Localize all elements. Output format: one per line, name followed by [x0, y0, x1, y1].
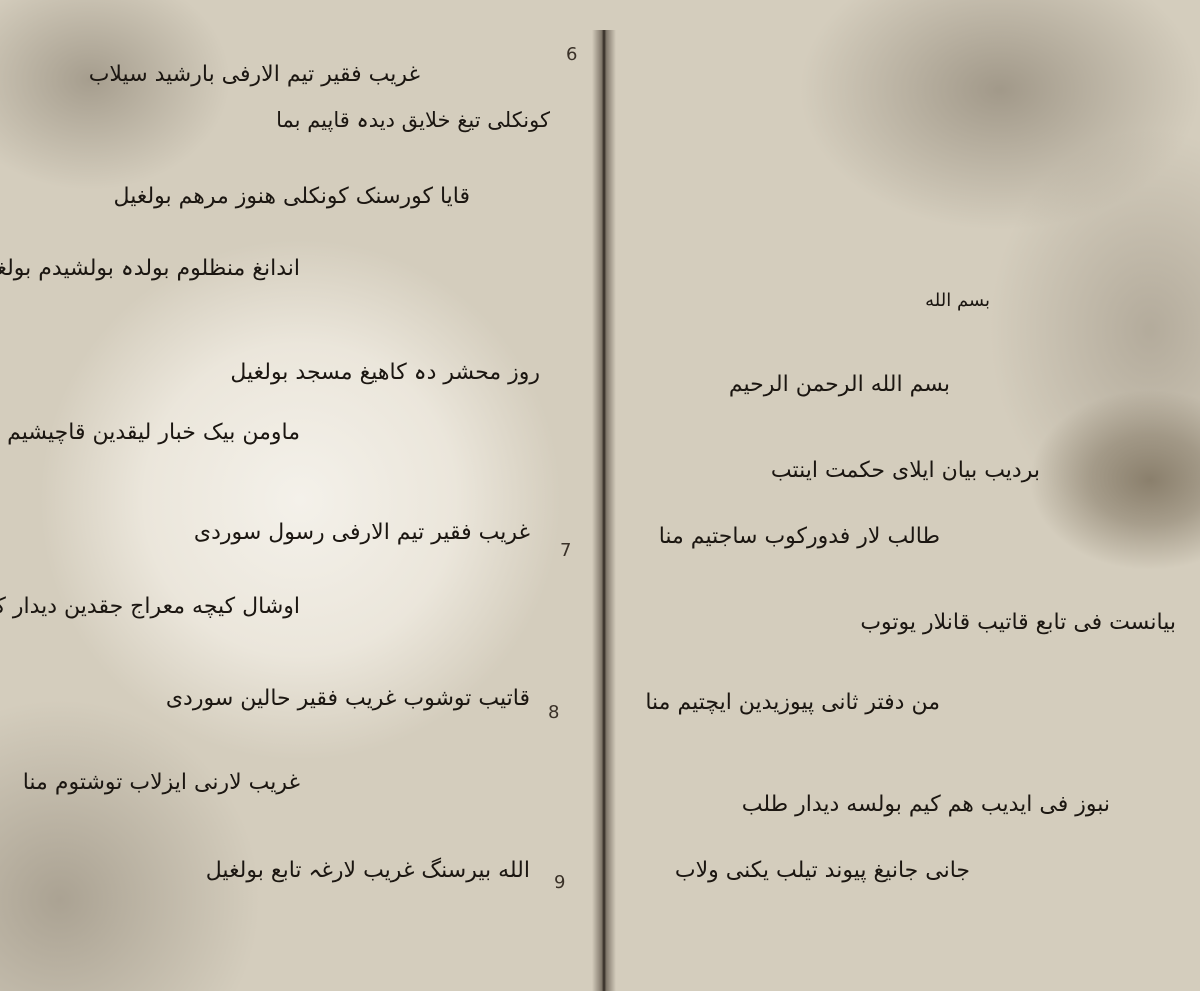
manuscript-line: غریب فقیر تیم الارفی بارشید سیلاب [89, 62, 420, 87]
verse-number: 7 [560, 540, 571, 561]
basmala: بسم الله الرحمن الرحیم [729, 372, 950, 397]
manuscript-line: الله بیرسنگ غریب لارغہ تابع بولغیل [206, 858, 530, 883]
manuscript-line: اوشال کیچه معراج جقدین دیدار کوردی [0, 594, 300, 619]
verse-number: 6 [566, 44, 577, 65]
book-gutter [592, 30, 616, 991]
manuscript-line: کونکلی تیغ خلایق دیدہ قاپیم بما [276, 108, 550, 132]
page-heading: بسم الله [925, 290, 990, 311]
verse-number: 9 [554, 872, 565, 893]
manuscript-line: نبوز فی ایدیب هم کیم بولسه دیدار طلب [742, 792, 1110, 817]
left-page: غریب فقیر تیم الارفی بارشید سیلاب 6 کونک… [0, 0, 590, 991]
manuscript-line: قاتیب توشوب غریب فقیر حالین سوردی [166, 686, 530, 711]
manuscript-line: من دفتر ثانی پیوزیدین ایچتیم منا [645, 690, 940, 715]
manuscript-line: بردیب بیان ایلای حکمت اینتب [771, 458, 1040, 483]
manuscript-line: جانی جانیغ پیوند تیلب یکنی ولاب [675, 858, 970, 883]
manuscript-line: روز محشر دہ کاهیغ مسجد بولغیل [230, 360, 540, 385]
manuscript-line: غریب لارنی ایزلاب توشتوم منا [23, 770, 300, 795]
manuscript-line: ماومن بیک خبار لیقدین قاچیشیم منا [0, 420, 300, 445]
manuscript-line: بیانست فی تابع قاتیب قانلار یوتوب [860, 610, 1176, 635]
verse-number: 8 [548, 702, 559, 723]
right-page: بسم الله بسم الله الرحمن الرحیم بردیب بی… [620, 0, 1200, 991]
manuscript-line: قایا کورسنک کونکلی هنوز مرهم بولغیل [114, 184, 470, 209]
manuscript-line: اندانغ منظلوم بولدہ بولشیدم بولغیل [0, 256, 300, 281]
manuscript-line: طالب لار فدورکوب ساجتیم منا [659, 524, 940, 549]
manuscript-line: غریب فقیر تیم الارفی رسول سوردی [194, 520, 530, 545]
manuscript-spread: غریب فقیر تیم الارفی بارشید سیلاب 6 کونک… [0, 0, 1200, 991]
